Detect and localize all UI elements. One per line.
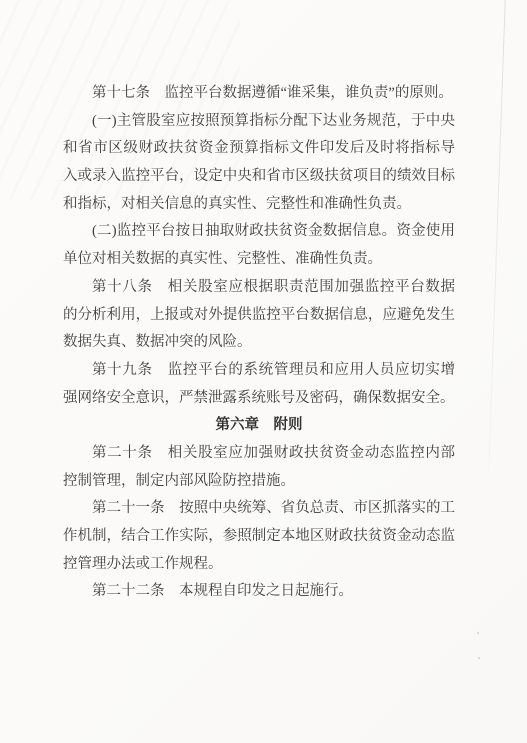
item-1-line-2: 和省市区级财政扶贫资金预算指标文件印发后及时将指标导 (63, 135, 455, 163)
article-18-line-1: 第十八条 相关股室应根据职责范围加强监控平台数据 (63, 274, 455, 302)
item-1-line-3: 入或录入监控平台，设定中央和省市区级扶贫项目的绩效目标 (63, 163, 455, 191)
article-17-line: 第十七条 监控平台数据遵循“谁采集，谁负责”的原则。 (63, 80, 455, 108)
document-text-block: 第十七条 监控平台数据遵循“谁采集，谁负责”的原则。 (一)主管股室应按照预算指… (63, 80, 455, 606)
scan-edge-line-artifact (488, 0, 506, 472)
article-19-line-1: 第十九条 监控平台的系统管理员和应用人员应切实增 (63, 357, 455, 385)
article-21-line-2: 作机制，结合工作实际，参照制定本地区财政扶贫资金动态监 (63, 523, 455, 551)
item-1-line-1: (一)主管股室应按照预算指标分配下达业务规范，于中央 (63, 108, 455, 136)
article-20-line-2: 控制管理，制定内部风险防控措施。 (63, 468, 455, 496)
article-18-line-3: 数据失真、数据冲突的风险。 (63, 329, 455, 357)
article-21-line-3: 控管理办法或工作规程。 (63, 551, 455, 579)
item-1-line-4: 和指标，对相关信息的真实性、完整性和准确性负责。 (63, 191, 455, 219)
article-22-line: 第二十二条 本规程自印发之日起施行。 (63, 578, 455, 606)
scanned-document-page: 第十七条 监控平台数据遵循“谁采集，谁负责”的原则。 (一)主管股室应按照预算指… (0, 0, 527, 743)
article-19-line-2: 强网络安全意识，严禁泄露系统账号及密码，确保数据安全。 (63, 385, 455, 413)
article-18-line-2: 的分析利用，上报或对外提供监控平台数据信息，应避免发生 (63, 302, 455, 330)
item-2-line-2: 单位对相关数据的真实性、完整性、准确性负责。 (63, 246, 455, 274)
article-20-line-1: 第二十条 相关股室应加强财政扶贫资金动态监控内部 (63, 440, 455, 468)
article-21-line-1: 第二十一条 按照中央统筹、省负总责、市区抓落实的工 (63, 495, 455, 523)
scan-speck-artifact (477, 632, 479, 634)
scan-speck-artifact (478, 657, 480, 659)
chapter-6-heading: 第六章 附则 (63, 412, 455, 440)
item-2-line-1: (二)监控平台按日抽取财政扶贫资金数据信息。资金使用 (63, 218, 455, 246)
